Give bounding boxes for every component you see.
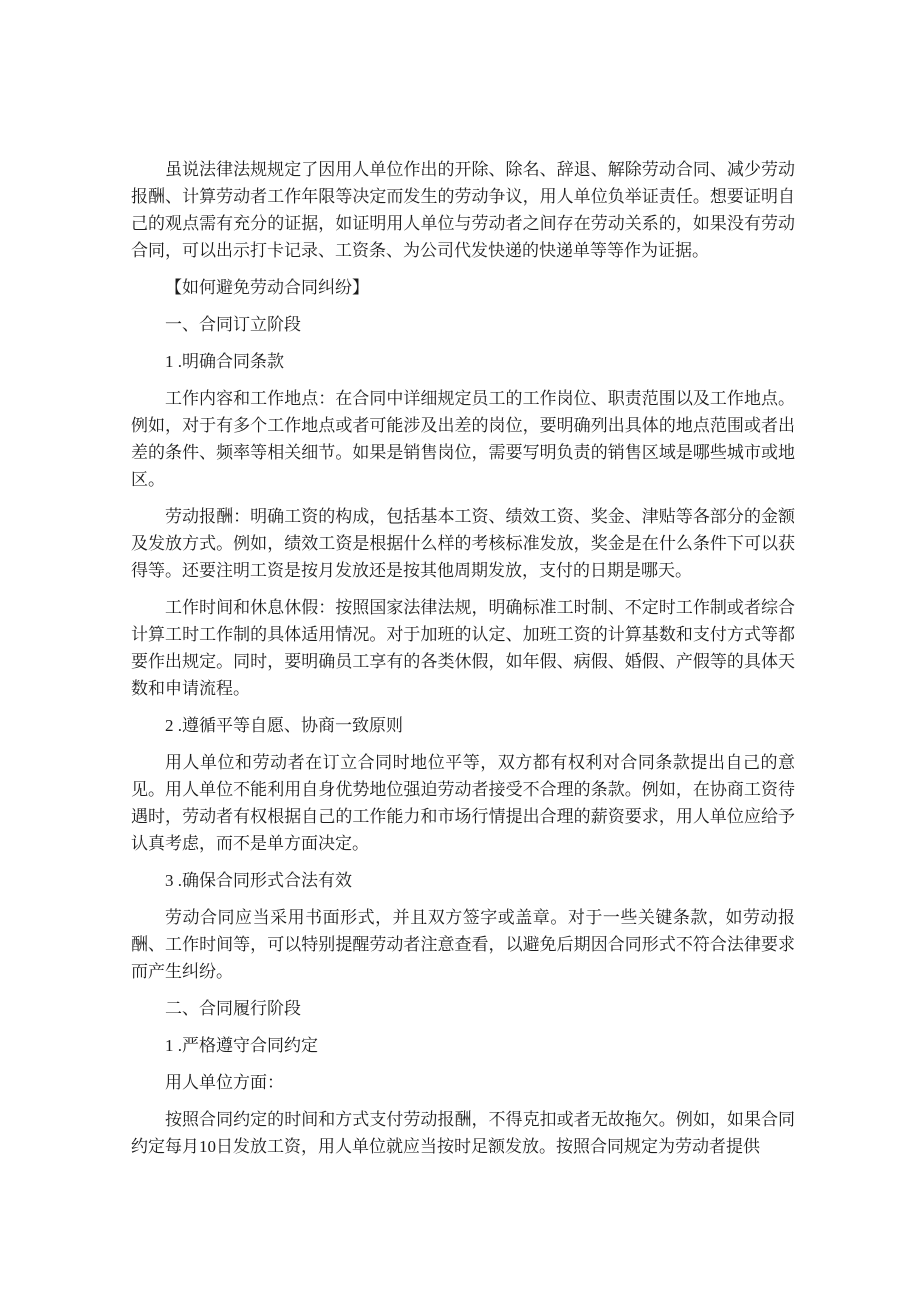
subheading-2-equality-consensus: 2 .遵循平等自愿、协商一致原则 bbox=[131, 712, 795, 739]
paragraph-equal-standing: 用人单位和劳动者在订立合同时地位平等，双方都有权利对合同条款提出自己的意见。用人… bbox=[131, 749, 795, 857]
intro-paragraph-burden-of-proof: 虽说法律法规规定了因用人单位作出的开除、除名、辞退、解除劳动合同、减少劳动报酬、… bbox=[131, 156, 795, 264]
paragraph-labor-remuneration: 劳动报酬：明确工资的构成，包括基本工资、绩效工资、奖金、津贴等各部分的金额及发放… bbox=[131, 503, 795, 584]
paragraph-written-form: 劳动合同应当采用书面形式，并且双方签字或盖章。对于一些关键条款，如劳动报酬、工作… bbox=[131, 904, 795, 985]
paragraph-work-content-location: 工作内容和工作地点：在合同中详细规定员工的工作岗位、职责范围以及工作地点。例如，… bbox=[131, 385, 795, 493]
subheading-3-valid-form: 3 .确保合同形式合法有效 bbox=[131, 867, 795, 894]
document-page: 虽说法律法规规定了因用人单位作出的开除、除名、辞退、解除劳动合同、减少劳动报酬、… bbox=[0, 0, 920, 1301]
heading-stage-1-contract-formation: 一、合同订立阶段 bbox=[131, 311, 795, 338]
subheading-1-strict-compliance: 1 .严格遵守合同约定 bbox=[131, 1032, 795, 1059]
heading-stage-2-contract-performance: 二、合同履行阶段 bbox=[131, 995, 795, 1022]
subheading-1-clarify-terms: 1 .明确合同条款 bbox=[131, 348, 795, 375]
paragraph-pay-on-time: 按照合同约定的时间和方式支付劳动报酬，不得克扣或者无故拖欠。例如，如果合同约定每… bbox=[131, 1106, 795, 1160]
section-title-avoid-disputes: 【如何避免劳动合同纠纷】 bbox=[131, 274, 795, 301]
paragraph-work-hours-leave: 工作时间和休息休假：按照国家法律法规，明确标准工时制、不定时工作制或者综合计算工… bbox=[131, 594, 795, 702]
label-employer-side: 用人单位方面： bbox=[131, 1069, 795, 1096]
